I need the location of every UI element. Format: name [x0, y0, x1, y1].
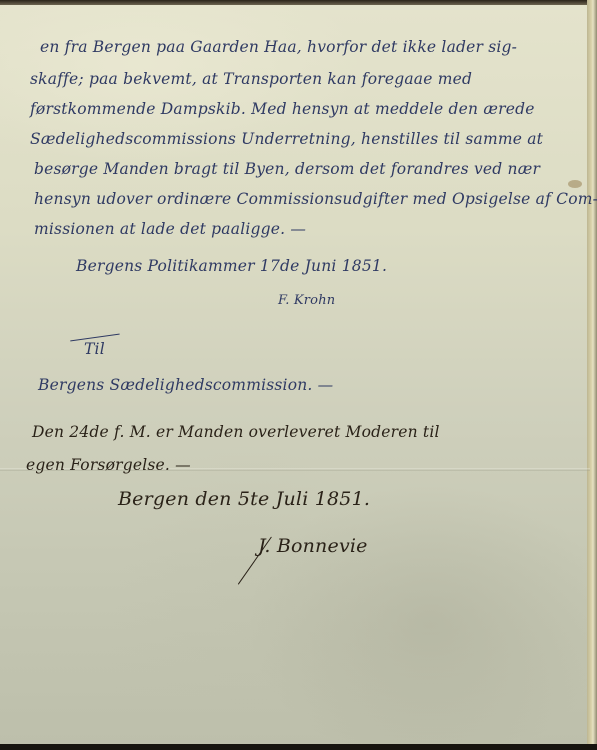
signature-krohn: F. Krohn — [278, 293, 335, 308]
reply-line: egen Forsørgelse. — — [26, 456, 191, 474]
ink-stain — [568, 180, 582, 188]
paper-right-edge — [587, 0, 597, 750]
body-line: besørge Manden bragt til Byen, dersom de… — [34, 160, 540, 178]
scan-top-border — [0, 0, 597, 5]
recipient: Bergens Sædelighedscommission. — — [38, 376, 333, 394]
reply-line: Den 24de f. M. er Manden overleveret Mod… — [32, 423, 440, 441]
body-line: skaffe; paa bekvemt, at Transporten kan … — [30, 70, 472, 88]
dateline-police: Bergens Politikammer 17de Juni 1851. — [76, 257, 387, 275]
body-line: missionen at lade det paaligge. — — [34, 220, 306, 238]
document-scan: en fra Bergen paa Gaarden Haa, hvorfor d… — [0, 0, 597, 750]
dateline-bergen: Bergen den 5te Juli 1851. — [118, 488, 370, 510]
scan-bottom-border — [0, 744, 597, 750]
body-line: Sædelighedscommissions Underretning, hen… — [30, 130, 543, 148]
body-line: hensyn udover ordinære Commissionsudgift… — [34, 190, 597, 208]
salutation: Til — [84, 340, 105, 358]
signature-bonnevie: J. Bonnevie — [258, 535, 368, 557]
body-line: førstkommende Dampskib. Med hensyn at me… — [30, 100, 535, 118]
body-line: en fra Bergen paa Gaarden Haa, hvorfor d… — [40, 38, 517, 56]
